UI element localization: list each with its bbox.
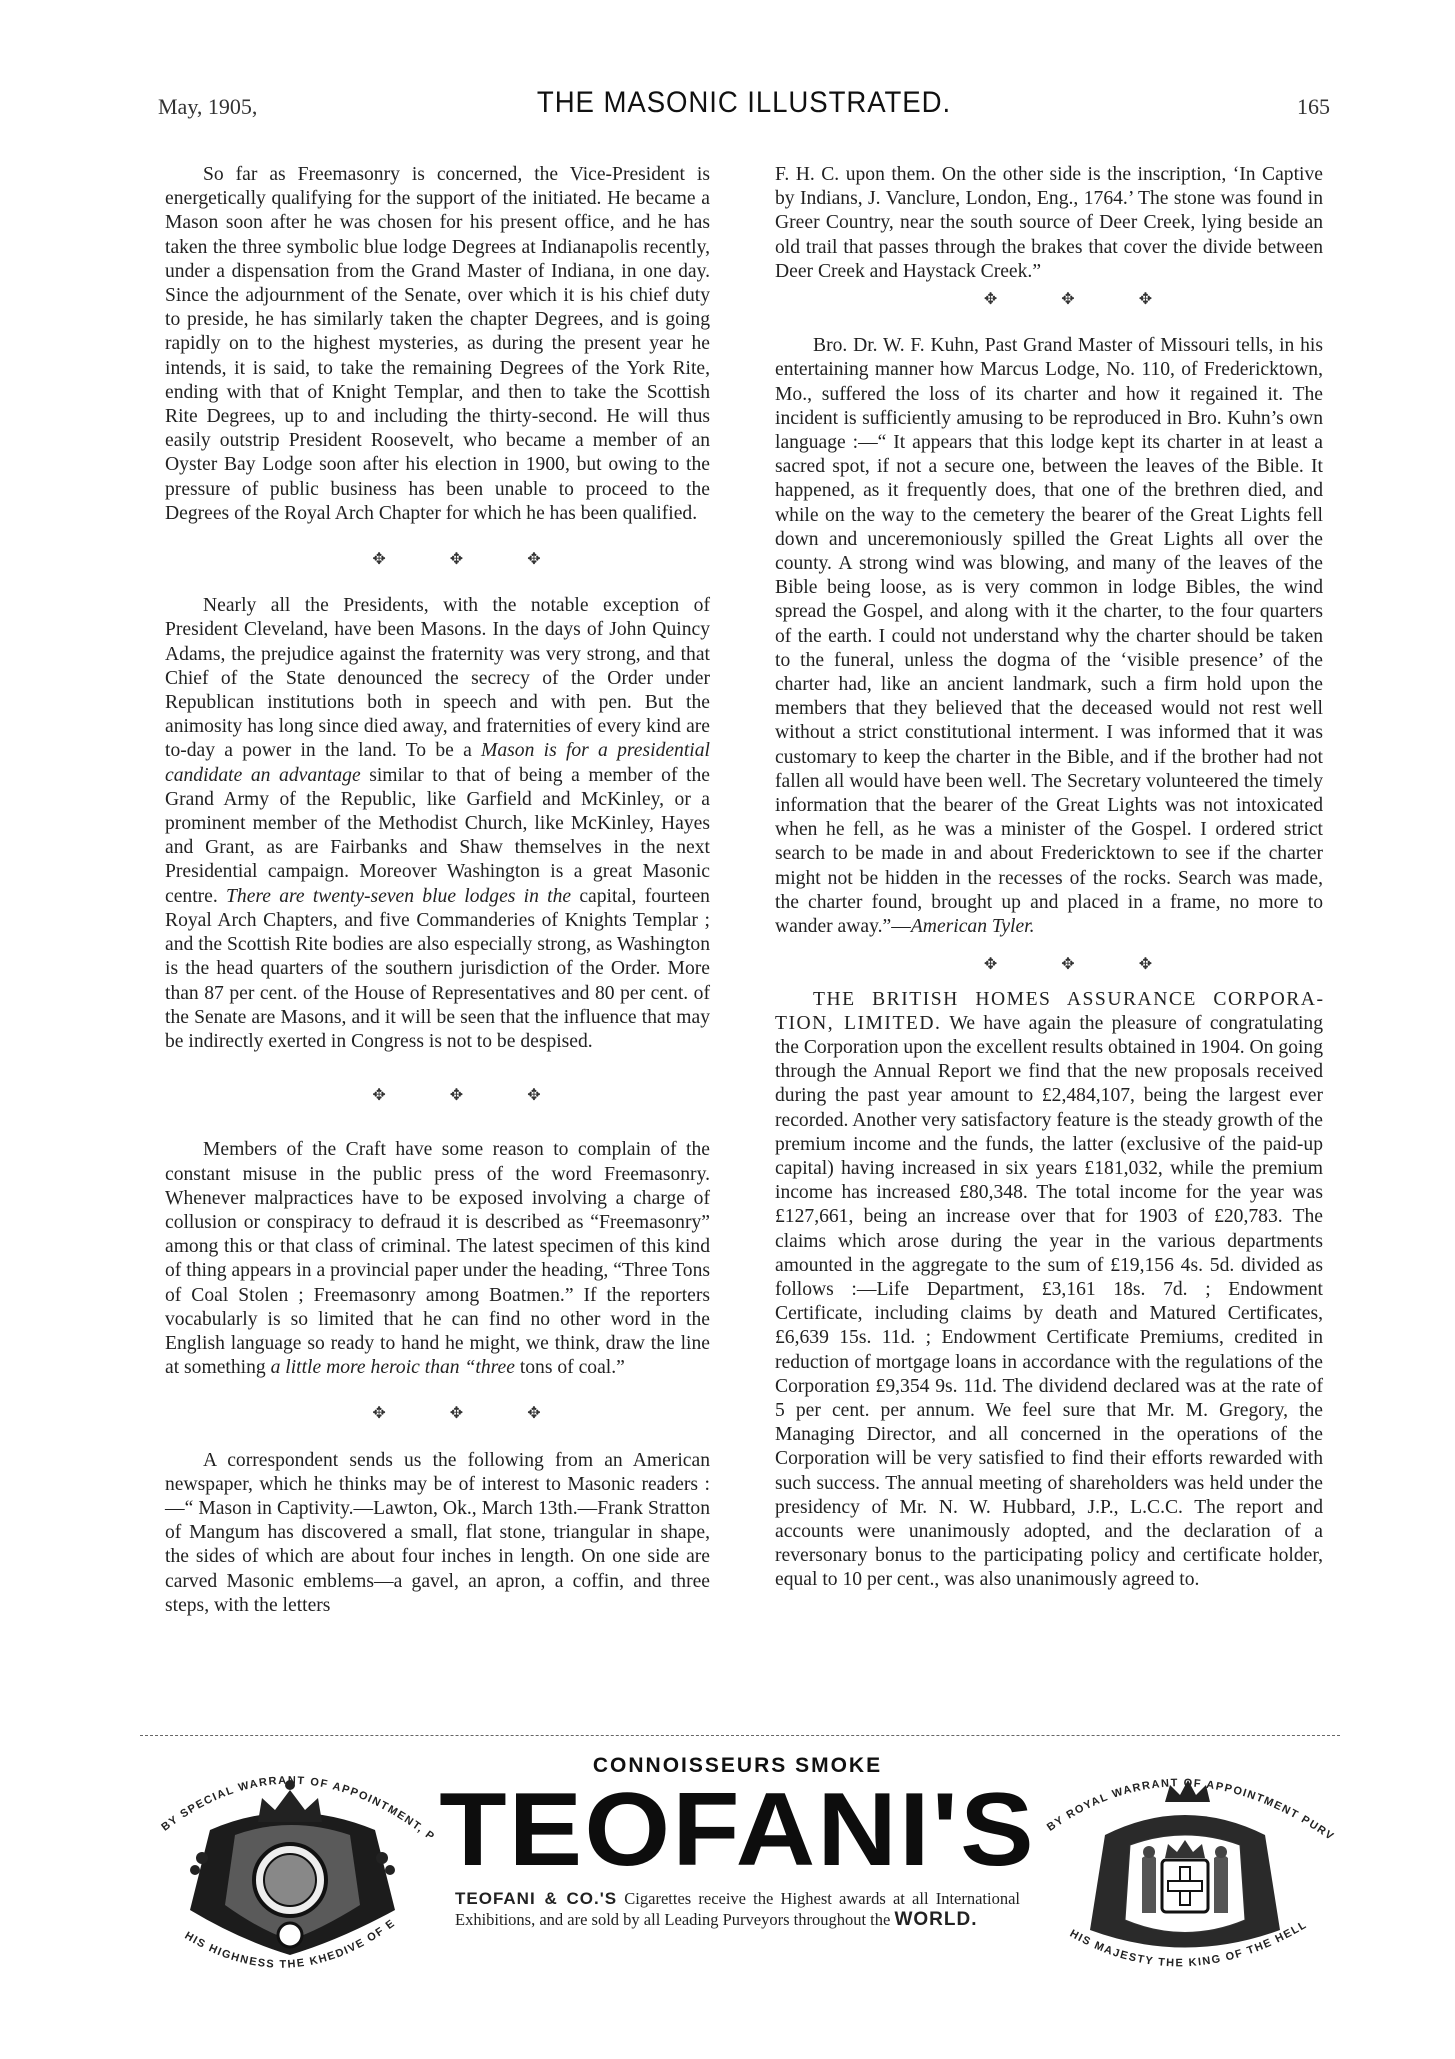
brand-wordmark: TEOFANI'S [438, 1780, 1037, 1880]
magazine-page: May, 1905, THE MASONIC ILLUSTRATED. 165 … [0, 0, 1455, 2059]
source-citation: American Tyler. [911, 916, 1035, 937]
running-head: May, 1905, THE MASONIC ILLUSTRATED. 165 [158, 86, 1330, 126]
paragraph-vice-president: So far as Freemasonry is concerned, the … [165, 163, 710, 526]
section-divider-ornament: ✥ ✥ ✥ [165, 1084, 710, 1108]
section-divider-ornament: ✥ ✥ ✥ [165, 548, 710, 572]
section-divider-ornament: ✥ ✥ ✥ [165, 1402, 710, 1426]
greek-crest-icon: BY ROYAL WARRANT OF APPOINTMENT PURVEYOR… [1030, 1740, 1340, 2000]
paragraph-mason-in-captivity: A correspondent sends us the following f… [165, 1449, 710, 1618]
egyptian-crest-icon: BY SPECIAL WARRANT OF APPOINTMENT, PURVE… [140, 1740, 450, 2000]
greek-royal-coat-of-arms: BY ROYAL WARRANT OF APPOINTMENT PURVEYOR… [1030, 1740, 1340, 2000]
khedive-coat-of-arms: BY SPECIAL WARRANT OF APPOINTMENT, PURVE… [140, 1740, 450, 2000]
paragraph-presidents: Nearly all the Presidents, with the nota… [165, 594, 710, 1054]
advertisement-copy: CONNOISSEURS SMOKE TEOFANI'S TEOFANI & C… [455, 1754, 1020, 1930]
ad-body: TEOFANI & CO.'S Cigarettes receive the H… [455, 1888, 1020, 1930]
right-column: F. H. C. upon them. On the other side is… [775, 163, 1323, 1593]
paragraph-misuse-of-freemasonry: Members of the Craft have some reason to… [165, 1138, 710, 1380]
paragraph-stone-inscription: F. H. C. upon them. On the other side is… [775, 163, 1323, 284]
paragraph-british-homes-assurance: THE BRITISH HOMES ASSURANCE CORPORA­TION… [775, 988, 1323, 1593]
publication-title: THE MASONIC ILLUSTRATED. [205, 86, 1283, 120]
section-divider-ornament: ✥ ✥ ✥ [775, 288, 1323, 312]
advertisement-border [140, 1735, 1340, 1736]
teofani-advertisement: BY SPECIAL WARRANT OF APPOINTMENT, PURVE… [140, 1740, 1340, 2000]
page-number: 165 [1297, 94, 1330, 120]
company-name: TEOFANI & CO.'S [455, 1889, 617, 1908]
left-column: So far as Freemasonry is concerned, the … [165, 163, 710, 1618]
paragraph-marcus-lodge-charter: Bro. Dr. W. F. Kuhn, Past Grand Master o… [775, 334, 1323, 939]
section-divider-ornament: ✥ ✥ ✥ [775, 953, 1323, 977]
